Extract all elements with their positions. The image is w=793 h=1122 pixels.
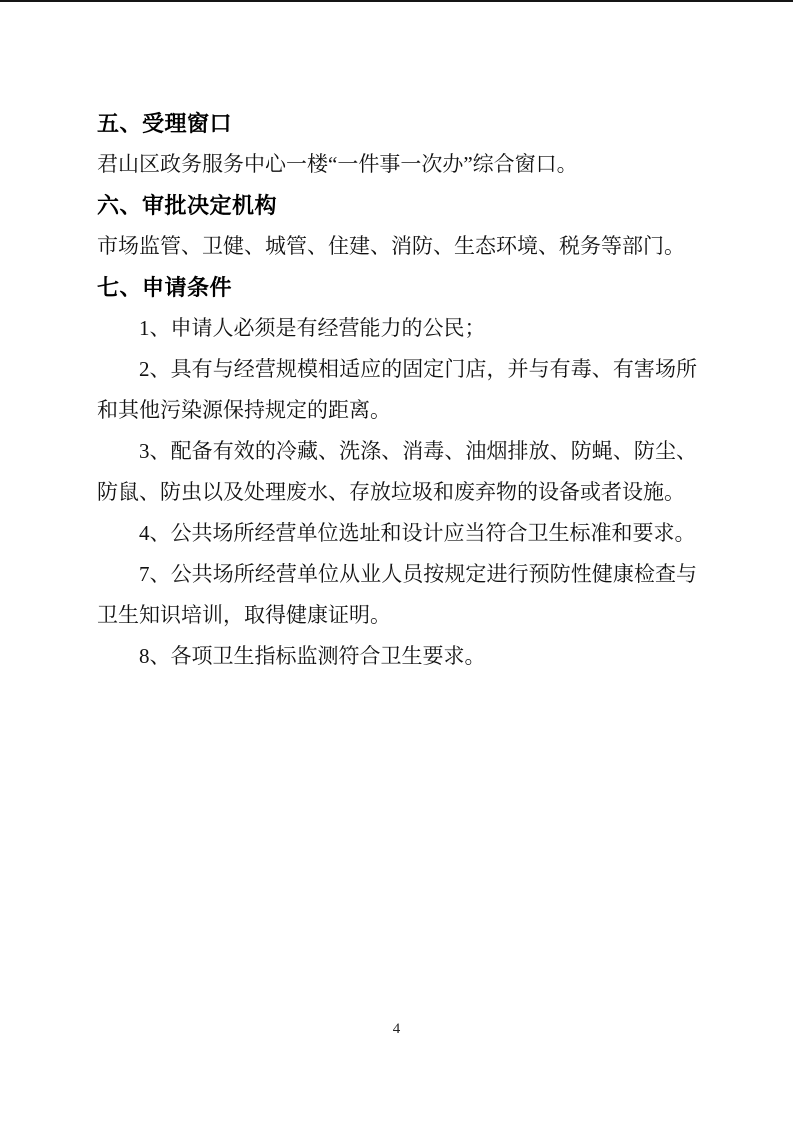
condition-item-1: 1、申请人必须是有经营能力的公民； xyxy=(97,308,697,349)
document-body: 五、受理窗口 君山区政务服务中心一楼“一件事一次办”综合窗口。 六、审批决定机构… xyxy=(97,103,697,677)
section-5-heading: 五、受理窗口 xyxy=(97,103,697,144)
section-5-paragraph: 君山区政务服务中心一楼“一件事一次办”综合窗口。 xyxy=(97,144,697,185)
condition-item-7: 7、公共场所经营单位从业人员按规定进行预防性健康检查与卫生知识培训，取得健康证明… xyxy=(97,554,697,636)
condition-item-3: 3、配备有效的冷藏、洗涤、消毒、油烟排放、防蝇、防尘、防鼠、防虫以及处理废水、存… xyxy=(97,431,697,513)
condition-item-4: 4、公共场所经营单位选址和设计应当符合卫生标准和要求。 xyxy=(97,513,697,554)
condition-item-8: 8、各项卫生指标监测符合卫生要求。 xyxy=(97,636,697,677)
condition-item-2: 2、具有与经营规模相适应的固定门店，并与有毒、有害场所和其他污染源保持规定的距离… xyxy=(97,349,697,431)
section-6-paragraph: 市场监管、卫健、城管、住建、消防、生态环境、税务等部门。 xyxy=(97,226,697,267)
page-footer: 4 xyxy=(0,1020,793,1038)
section-6-heading: 六、审批决定机构 xyxy=(97,185,697,226)
page-top-edge-line xyxy=(0,0,793,2)
page-number: 4 xyxy=(393,1021,401,1037)
section-7-heading: 七、申请条件 xyxy=(97,267,697,308)
